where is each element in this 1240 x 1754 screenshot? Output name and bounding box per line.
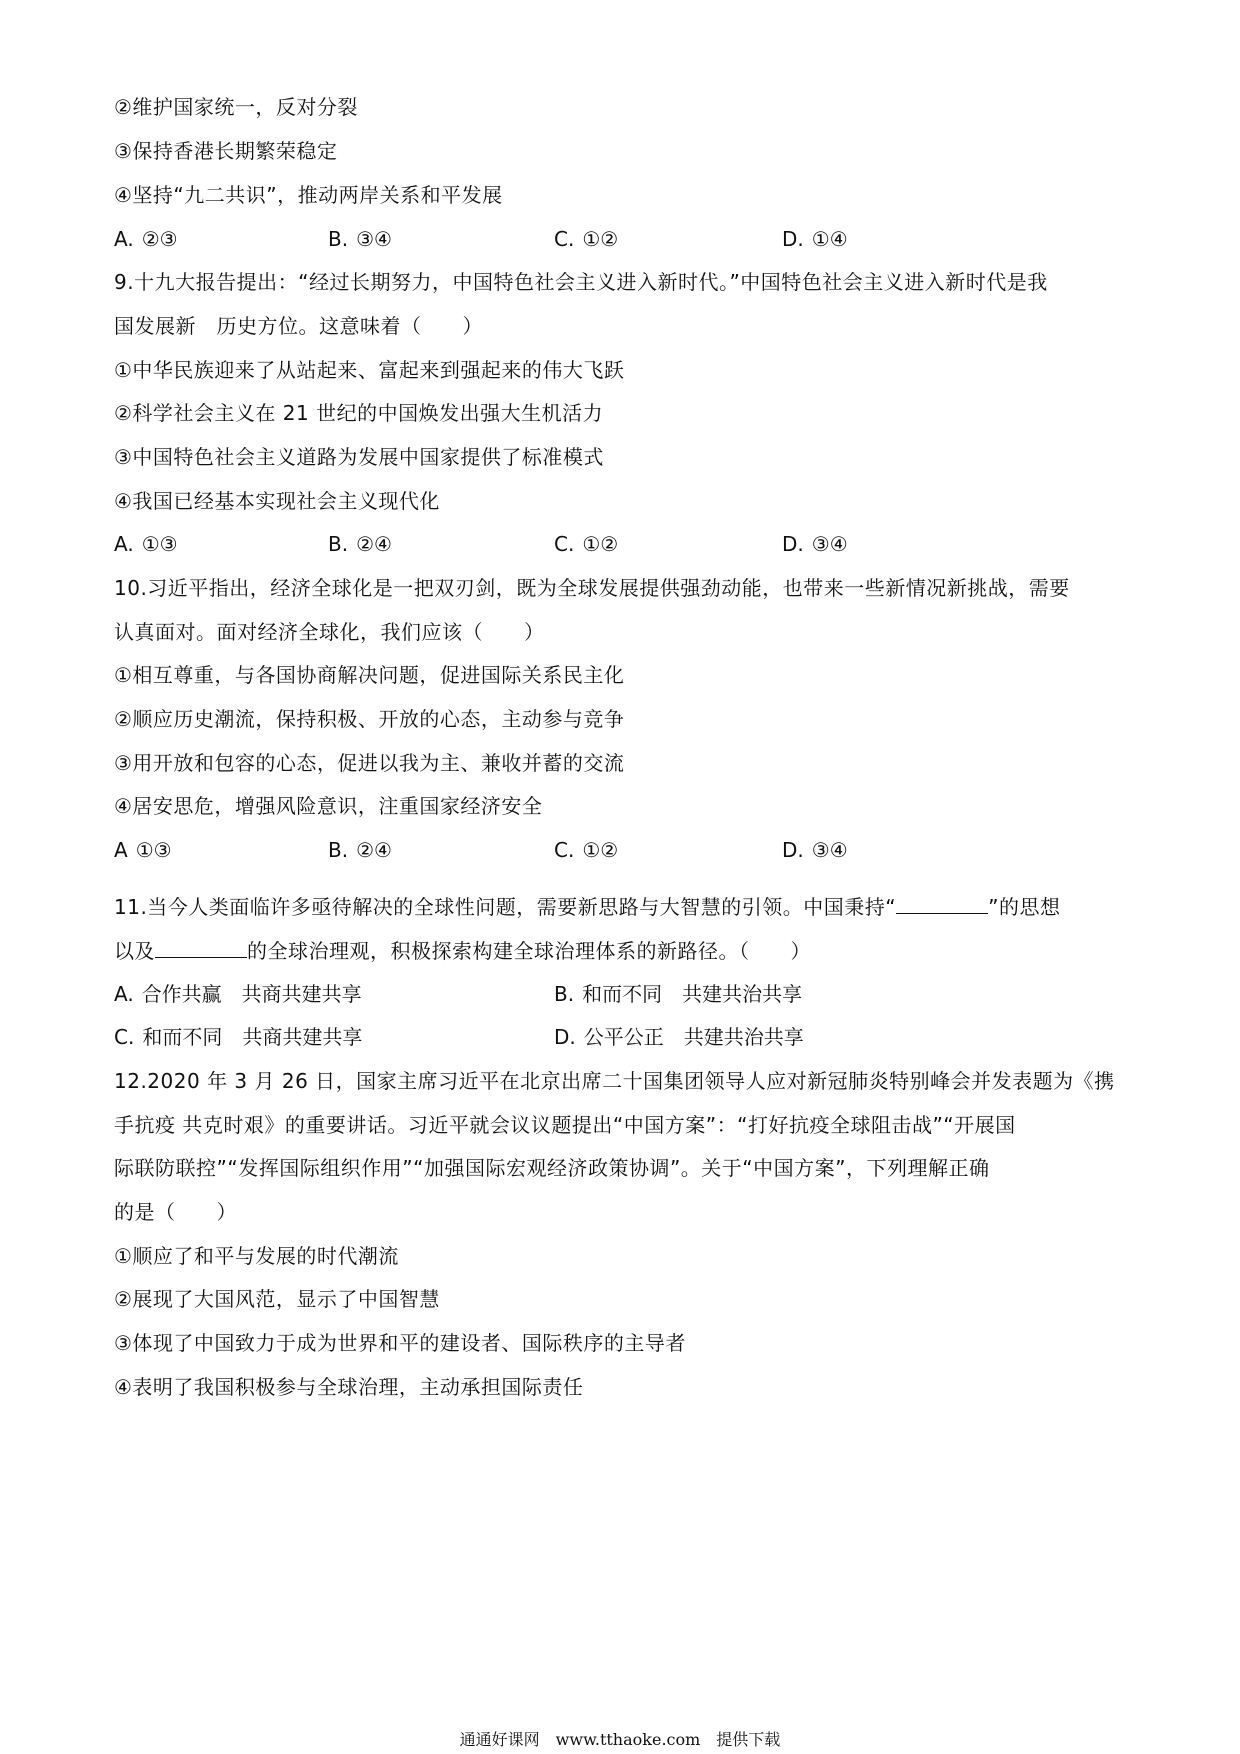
q12-item-1: ①顺应了和平与发展的时代潮流 xyxy=(114,1243,399,1269)
q10-option-b: B.②④ xyxy=(328,837,392,863)
q11-stem-line-1-part-a: 11.当今人类面临许多亟待解决的全球性问题，需要新思路与大智慧的引领。中国秉持“ xyxy=(114,895,896,919)
q11-options-row-2: C.和而不同 共商共建共享 D.公平公正 共建共治共享 xyxy=(114,1024,1114,1050)
q11-blank-2 xyxy=(155,939,247,958)
q11-stem-line-1-part-b: ”的思想 xyxy=(988,895,1060,919)
q9-item-3: ③中国特色社会主义道路为发展中国家提供了标准模式 xyxy=(114,444,604,470)
q10-item-3: ③用开放和包容的心态，促进以我为主、兼收并蓄的交流 xyxy=(114,750,624,776)
q11-option-b: B.和而不同 共建共治共享 xyxy=(554,981,802,1007)
q9-option-a: A.①③ xyxy=(114,531,178,557)
q11-stem-line-2: 以及的全球治理观，积极探索构建全球治理体系的新路径。（ ） xyxy=(114,938,811,964)
q11-option-c: C.和而不同 共商共建共享 xyxy=(114,1024,362,1050)
q12-item-3: ③体现了中国致力于成为世界和平的建设者、国际秩序的主导者 xyxy=(114,1330,686,1356)
q8-item-3: ③保持香港长期繁荣稳定 xyxy=(114,138,337,164)
q9-stem-line-1: 9.十九大报告提出：“经过长期努力，中国特色社会主义进入新时代。”中国特色社会主… xyxy=(114,269,1048,295)
q10-stem-line-2: 认真面对。面对经济全球化，我们应该（ ） xyxy=(114,619,545,645)
q9-option-d: D.③④ xyxy=(782,531,848,557)
q10-option-d: D.③④ xyxy=(782,837,848,863)
q12-item-4: ④表明了我国积极参与全球治理，主动承担国际责任 xyxy=(114,1374,583,1400)
q11-option-a: A.合作共赢 共商共建共享 xyxy=(114,981,362,1007)
q11-option-d: D.公平公正 共建共治共享 xyxy=(554,1024,804,1050)
q9-item-2: ②科学社会主义在 21 世纪的中国焕发出强大生机活力 xyxy=(114,400,603,426)
q8-option-c: C.①② xyxy=(554,226,618,252)
q8-option-a: A.②③ xyxy=(114,226,178,252)
q8-item-2: ②维护国家统一，反对分裂 xyxy=(114,94,358,120)
q8-item-4: ④坚持“九二共识”，推动两岸关系和平发展 xyxy=(114,182,503,208)
q12-stem-line-2: 手抗疫 共克时艰》的重要讲话。习近平就会议议题提出“中国方案”：“打好抗疫全球阻… xyxy=(114,1112,1016,1138)
q10-options: A①③ B.②④ C.①② D.③④ xyxy=(114,837,1114,863)
q9-item-4: ④我国已经基本实现社会主义现代化 xyxy=(114,488,440,514)
page-footer: 通通好课网 www.tthaoke.com 提供下载 xyxy=(0,1730,1240,1750)
q12-stem-line-4: 的是（ ） xyxy=(114,1199,237,1225)
q10-item-4: ④居安思危，增强风险意识，注重国家经济安全 xyxy=(114,793,542,819)
q11-stem-line-1: 11.当今人类面临许多亟待解决的全球性问题，需要新思路与大智慧的引领。中国秉持“… xyxy=(114,894,1061,920)
q12-item-2: ②展现了大国风范，显示了中国智慧 xyxy=(114,1286,440,1312)
q11-options-row-1: A.合作共赢 共商共建共享 B.和而不同 共建共治共享 xyxy=(114,981,1114,1007)
exam-page: ②维护国家统一，反对分裂 ③保持香港长期繁荣稳定 ④坚持“九二共识”，推动两岸关… xyxy=(0,0,1240,1754)
q8-options: A.②③ B.③④ C.①② D.①④ xyxy=(114,226,1114,252)
q10-option-c: C.①② xyxy=(554,837,618,863)
q9-option-c: C.①② xyxy=(554,531,618,557)
q12-stem-line-1: 12.2020 年 3 月 26 日，国家主席习近平在北京出席二十国集团领导人应… xyxy=(114,1068,1115,1094)
q8-option-b: B.③④ xyxy=(328,226,392,252)
q10-item-2: ②顺应历史潮流，保持积极、开放的心态，主动参与竞争 xyxy=(114,706,624,732)
q8-option-d: D.①④ xyxy=(782,226,848,252)
q9-stem-line-2: 国发展新 历史方位。这意味着（ ） xyxy=(114,313,483,339)
q10-stem-line-1: 10.习近平指出，经济全球化是一把双刃剑，既为全球发展提供强劲动能，也带来一些新… xyxy=(114,575,1070,601)
q10-option-a: A①③ xyxy=(114,837,172,863)
q9-item-1: ①中华民族迎来了从站起来、富起来到强起来的伟大飞跃 xyxy=(114,357,624,383)
q11-stem-line-2-part-b: 的全球治理观，积极探索构建全球治理体系的新路径。（ ） xyxy=(247,939,811,963)
q9-options: A.①③ B.②④ C.①② D.③④ xyxy=(114,531,1114,557)
q12-stem-line-3: 际联防联控”“发挥国际组织作用”“加强国际宏观经济政策协调”。关于“中国方案”，… xyxy=(114,1155,990,1181)
q11-stem-line-2-part-a: 以及 xyxy=(114,939,155,963)
q10-item-1: ①相互尊重，与各国协商解决问题，促进国际关系民主化 xyxy=(114,662,624,688)
q9-option-b: B.②④ xyxy=(328,531,392,557)
q11-blank-1 xyxy=(896,895,988,914)
